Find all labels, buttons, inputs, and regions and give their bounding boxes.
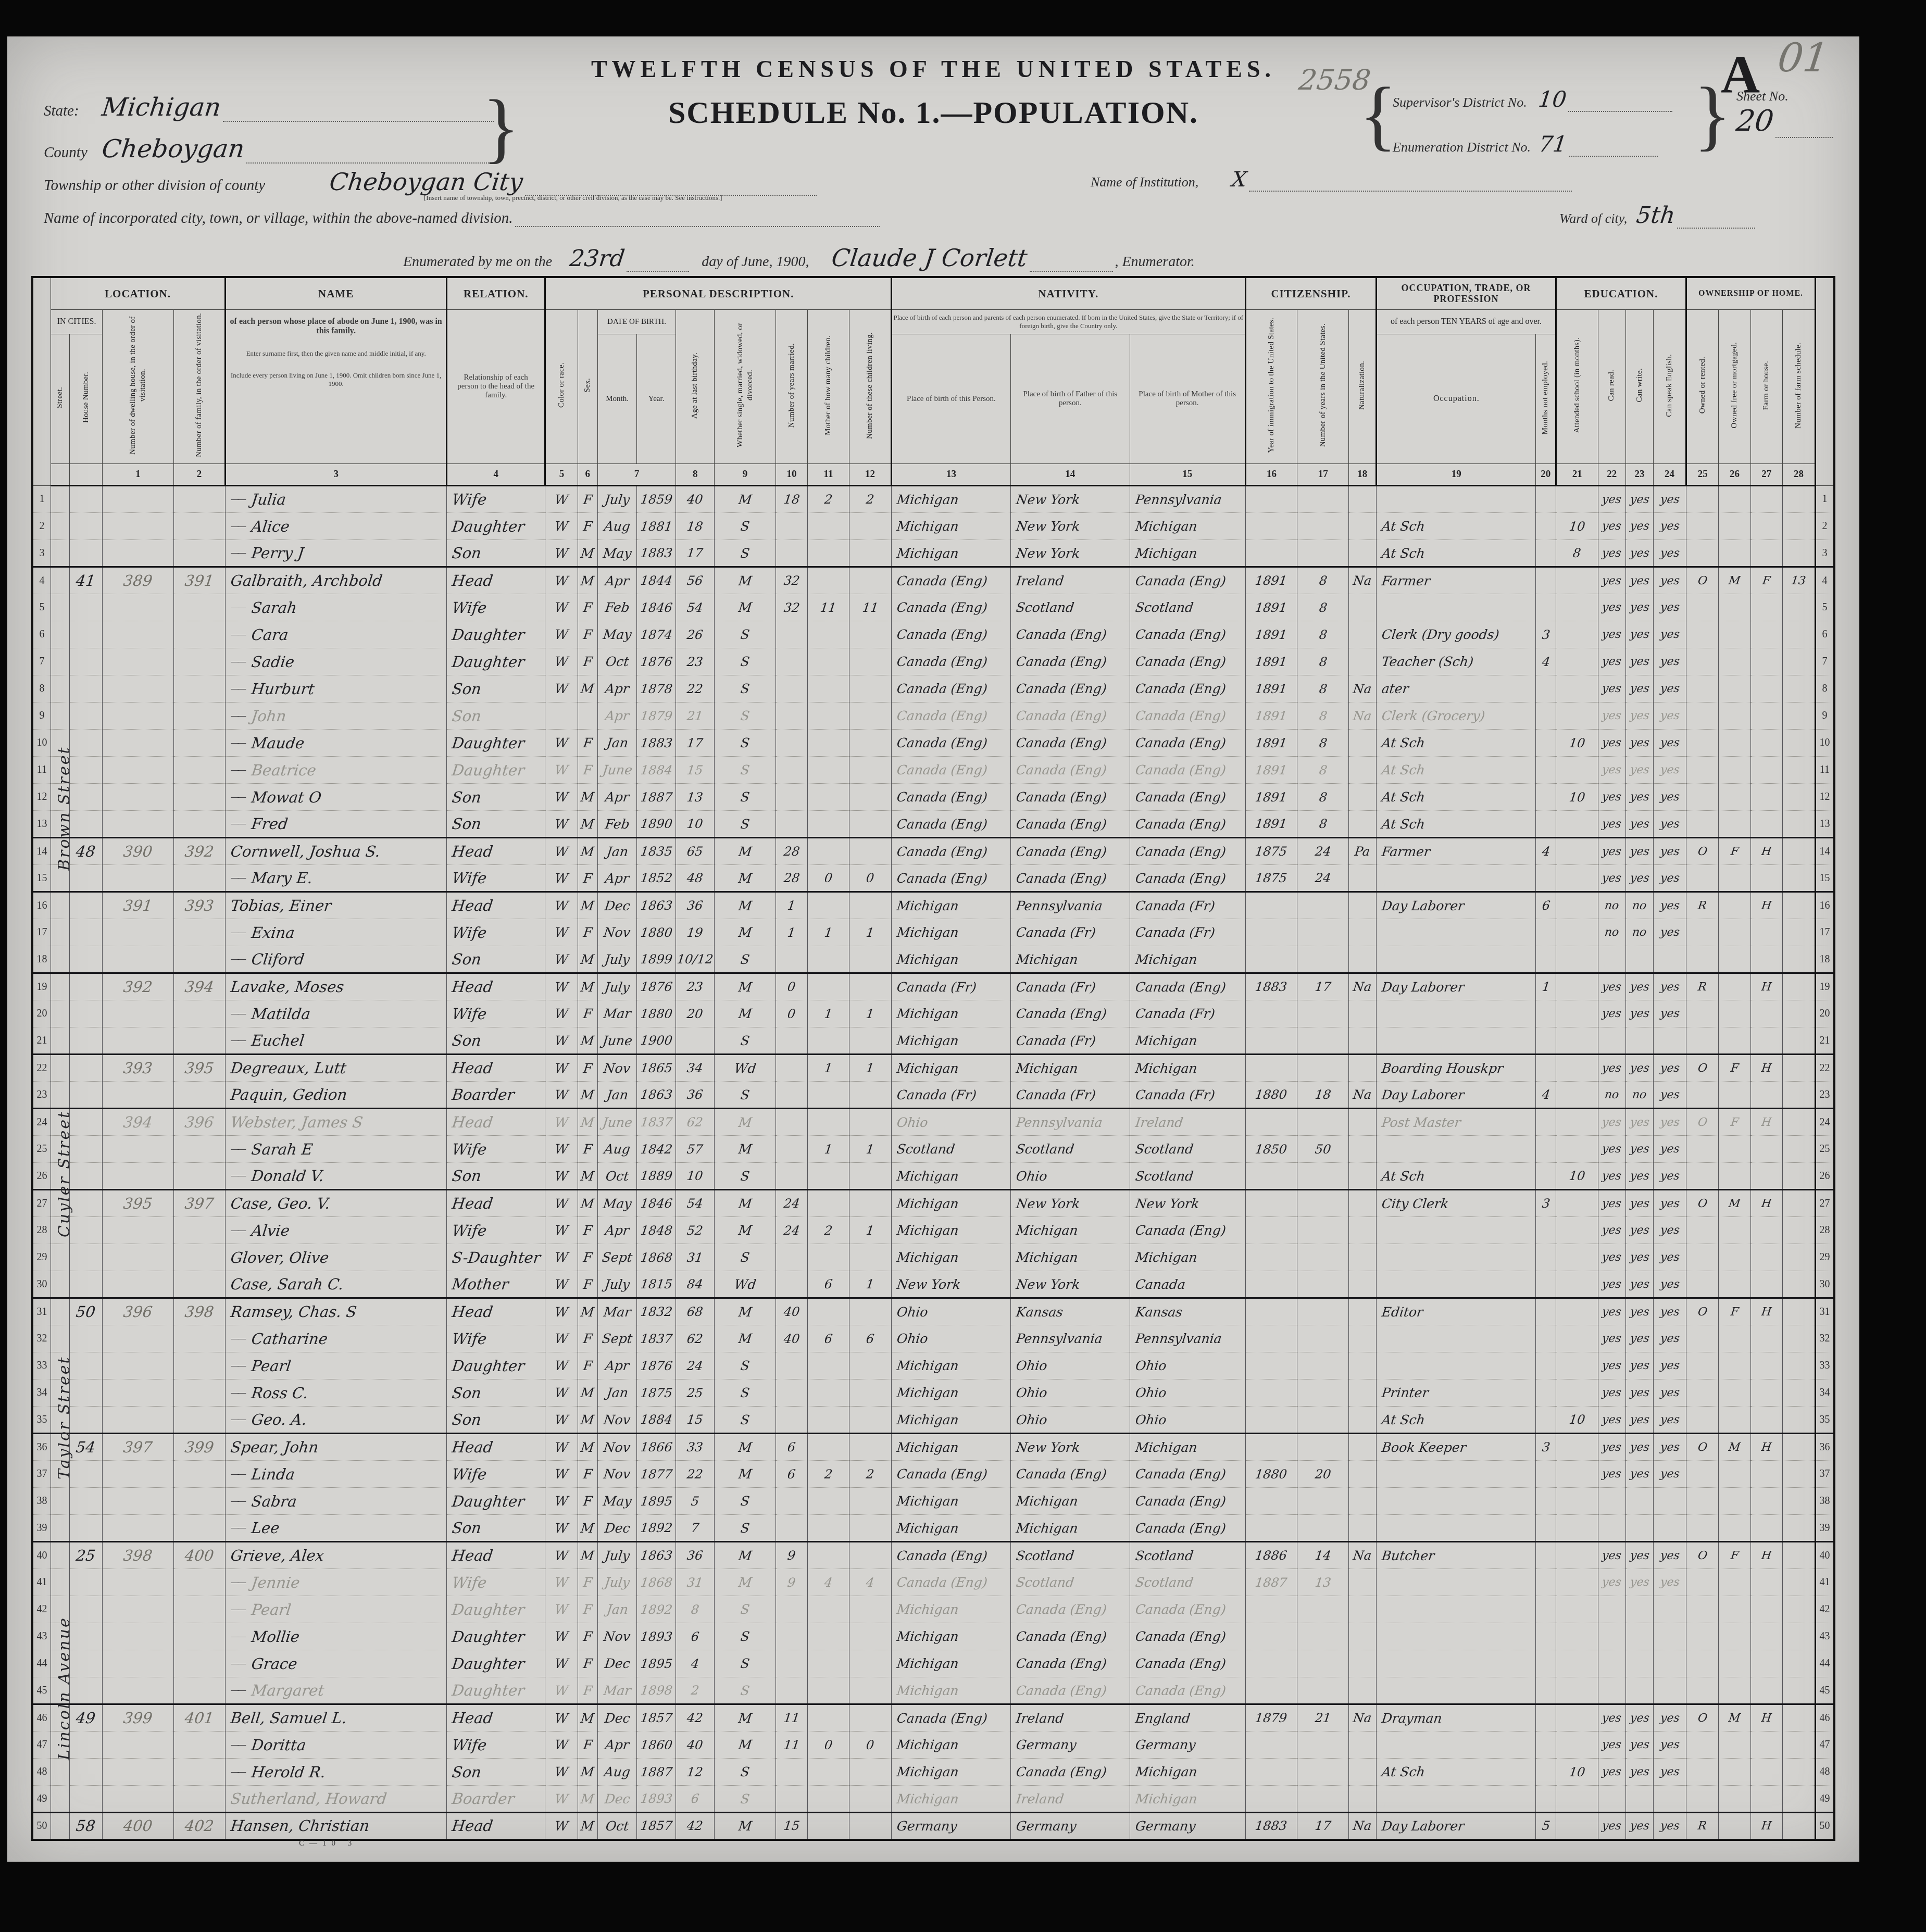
cell-pf: Pennsylvania xyxy=(1010,1325,1130,1352)
cell-value: yes xyxy=(1659,709,1680,722)
cell-value: 1883 xyxy=(1255,1818,1289,1833)
cell-value: Canada (Eng) xyxy=(896,627,988,642)
cell-value: M xyxy=(580,1115,595,1130)
cell-value: yes xyxy=(1629,682,1650,695)
cell-pf: Canada (Eng) xyxy=(1010,784,1130,811)
line-number: 16 xyxy=(1816,892,1835,919)
cell-im: 1875 xyxy=(1245,865,1297,892)
cell-value: yes xyxy=(1602,1224,1622,1237)
cell-value: M xyxy=(737,1304,753,1320)
cell-value: May xyxy=(602,1196,632,1211)
cell-value: 13 xyxy=(1314,1575,1332,1590)
cell-age: 17 xyxy=(676,730,715,757)
cell-mo: Jan xyxy=(597,1379,636,1407)
cell-dw xyxy=(103,1461,173,1488)
cell-age: 6 xyxy=(676,1623,715,1650)
cell-value: yes xyxy=(1602,1413,1622,1426)
cell-rd xyxy=(1598,1623,1625,1650)
cell-value: O xyxy=(1697,1441,1708,1454)
cell-fam xyxy=(173,1732,226,1759)
cell-value: New York xyxy=(1015,492,1081,507)
line-number: 3 xyxy=(32,540,51,567)
cell-wr: yes xyxy=(1625,757,1653,784)
cell-mo: Apr xyxy=(597,1217,636,1244)
cell-value: O xyxy=(1697,845,1708,858)
col-number: 14 xyxy=(1010,464,1130,486)
cell-value: Mar xyxy=(603,1683,632,1698)
person-row: 44——GraceDaughterWFDec18954SMichiganCana… xyxy=(32,1650,1834,1677)
cell-ow xyxy=(1686,865,1719,892)
cell-yu: 14 xyxy=(1297,1542,1349,1569)
cell-value: yes xyxy=(1659,1413,1680,1426)
col-age: Age at last birthday. xyxy=(676,310,715,464)
cell-en: yes xyxy=(1654,675,1686,702)
cell-sc: 10 xyxy=(1556,1759,1598,1786)
cell-value: Case, Sarah C. xyxy=(230,1275,345,1293)
cell-m: S xyxy=(715,1515,776,1542)
cell-mo: Apr xyxy=(597,865,636,892)
cell-fam xyxy=(173,1325,226,1352)
group-education: EDUCATION. xyxy=(1556,277,1686,310)
cell-mn xyxy=(1536,1244,1556,1271)
cell-m: M xyxy=(715,1190,776,1217)
cell-en: yes xyxy=(1654,1000,1686,1027)
cell-value: Michigan xyxy=(896,1061,959,1076)
cell-age: 5 xyxy=(676,1488,715,1515)
cell-value: Canada (Eng) xyxy=(1134,844,1227,859)
col-street-label: Street. xyxy=(55,387,65,408)
cell-value: June xyxy=(602,1033,633,1048)
cell-mn xyxy=(1536,1407,1556,1434)
cell-fam xyxy=(173,1244,226,1271)
cell-yu: 13 xyxy=(1297,1569,1349,1596)
cell-mc xyxy=(808,1623,849,1650)
cell-fh xyxy=(1750,621,1782,648)
cell-s: F xyxy=(578,919,597,946)
ditto-dash: —— xyxy=(231,684,244,694)
incorporated-line: Name of incorporated city, town, or vill… xyxy=(44,208,880,227)
cell-value: 1891 xyxy=(1255,628,1289,642)
person-row: 43——MollieDaughterWFNov18936SMichiganCan… xyxy=(32,1623,1834,1650)
cell-pb: Michigan xyxy=(892,1515,1011,1542)
cell-value: W xyxy=(554,952,569,967)
cell-fm: F xyxy=(1719,1542,1750,1569)
cell-value: Canada (Eng) xyxy=(1134,708,1227,723)
cell-pm: Canada (Eng) xyxy=(1130,702,1245,730)
cell-value: R xyxy=(1697,1820,1708,1833)
cell-dw: 400 xyxy=(103,1813,173,1840)
cell-value: W xyxy=(554,1115,569,1130)
cell-value: M xyxy=(737,600,753,615)
cell-name: Paquin, Gedion xyxy=(226,1082,447,1109)
cell-value: 1891 xyxy=(1255,817,1289,831)
cell-value: W xyxy=(554,871,569,886)
cell-value: Daughter xyxy=(451,626,526,644)
cell-yr: 1892 xyxy=(637,1596,676,1623)
cell-pm: Canada (Fr) xyxy=(1130,919,1245,946)
cell-mo: Dec xyxy=(597,892,636,919)
cell-m: S xyxy=(715,648,776,675)
cell-value: Head xyxy=(451,1113,494,1131)
cell-value: Dec xyxy=(604,1791,631,1806)
cell-value: 48 xyxy=(75,843,96,860)
col-naturalization-label: Naturalization. xyxy=(1357,361,1367,410)
cell-ow: O xyxy=(1686,838,1719,865)
cell-fs xyxy=(1782,892,1815,919)
cell-m: S xyxy=(715,784,776,811)
cell-value: 10 xyxy=(1568,1169,1586,1183)
cell-fam xyxy=(173,784,226,811)
cell-rel: Son xyxy=(447,1027,545,1055)
line-number: 22 xyxy=(1816,1055,1835,1082)
street-name: Lincoln Avenue xyxy=(52,1539,76,1837)
cell-value: F xyxy=(1730,1116,1739,1129)
cell-pf: Canada (Eng) xyxy=(1010,1000,1130,1027)
cell-value: F xyxy=(582,1656,593,1671)
cell-pb: Michigan xyxy=(892,1217,1011,1244)
cell-name: Grieve, Alex xyxy=(226,1542,447,1569)
cell-value: Michigan xyxy=(1134,1061,1198,1076)
cell-value: 1 xyxy=(866,1007,876,1021)
cell-value: M xyxy=(580,1548,595,1563)
cell-fam xyxy=(173,1569,226,1596)
cell-fh: H xyxy=(1750,1109,1782,1136)
cell-value: Apr xyxy=(604,1737,630,1752)
cell-fh xyxy=(1750,675,1782,702)
cell-yu xyxy=(1297,1759,1349,1786)
cell-m: S xyxy=(715,675,776,702)
cell-value: Na xyxy=(1353,980,1373,994)
cell-oc: Farmer xyxy=(1377,567,1536,594)
cell-value: M xyxy=(737,1141,753,1157)
cell-sc xyxy=(1556,892,1598,919)
cell-value: Clerk (Dry goods) xyxy=(1381,627,1500,642)
cell-rd xyxy=(1598,1515,1625,1542)
cell-fm xyxy=(1719,1271,1750,1298)
cell-en xyxy=(1654,1027,1686,1055)
cell-pm: England xyxy=(1130,1704,1245,1732)
cell-value: yes xyxy=(1659,1467,1680,1481)
cell-value: O xyxy=(1697,574,1708,587)
cell-fs xyxy=(1782,1596,1815,1623)
cell-en: yes xyxy=(1654,892,1686,919)
person-row: 45——MargaretDaughterWFMar18982SMichiganC… xyxy=(32,1677,1834,1704)
line-number: 50 xyxy=(32,1813,51,1840)
cell-mn xyxy=(1536,946,1556,973)
cell-yu xyxy=(1297,1352,1349,1379)
cell-mc xyxy=(808,1786,849,1813)
cell-pf: Ireland xyxy=(1010,1786,1130,1813)
ditto-dash: —— xyxy=(231,1470,244,1479)
cell-value: Canada (Eng) xyxy=(896,600,988,615)
cell-m: Wd xyxy=(715,1055,776,1082)
line-number: 31 xyxy=(1816,1298,1835,1325)
cell-m: S xyxy=(715,1379,776,1407)
cell-mc xyxy=(808,1298,849,1325)
rule xyxy=(1030,253,1113,272)
cell-value: Canada (Eng) xyxy=(1134,762,1227,777)
cell-wr: no xyxy=(1625,1082,1653,1109)
cell-value: Tobias, Einer xyxy=(230,897,332,914)
cell-name: ——Julia xyxy=(226,486,447,513)
cell-value: yes xyxy=(1629,709,1650,722)
cell-wr: yes xyxy=(1625,838,1653,865)
cell-value: Canada (Eng) xyxy=(1015,871,1107,886)
cell-value: May xyxy=(602,1494,632,1509)
cell-pb: Canada (Eng) xyxy=(892,702,1011,730)
col-children-living: Number of these children living. xyxy=(849,310,892,464)
cell-yr: 1848 xyxy=(637,1217,676,1244)
cell-value: 1884 xyxy=(640,763,673,777)
cell-pb: Michigan xyxy=(892,1190,1011,1217)
cell-pf: Canada (Eng) xyxy=(1010,730,1130,757)
cell-value: New York xyxy=(1015,519,1081,534)
cell-value: yes xyxy=(1629,1549,1650,1562)
group-personal: PERSONAL DESCRIPTION. xyxy=(545,277,892,310)
cell-en xyxy=(1654,946,1686,973)
ditto-dash: —— xyxy=(231,603,244,612)
cell-ym xyxy=(776,1352,807,1379)
cell-value: 1832 xyxy=(640,1304,673,1319)
cell-value: Wife xyxy=(451,1222,488,1239)
line-number: 6 xyxy=(32,621,51,648)
cell-yr: 1837 xyxy=(637,1325,676,1352)
cell-c: W xyxy=(545,513,578,540)
cell-ym xyxy=(776,1136,807,1163)
cell-rel: Daughter xyxy=(447,648,545,675)
nativity-note-text: Place of birth of each person and parent… xyxy=(893,313,1244,330)
cell-rel: Daughter xyxy=(447,621,545,648)
person-row: 29Glover, OliveS-DaughterWFSept186831SMi… xyxy=(32,1244,1834,1271)
cell-value: Michigan xyxy=(1134,1033,1198,1048)
cell-age: 57 xyxy=(676,1136,715,1163)
cell-value: 17 xyxy=(686,546,704,560)
cell-dw xyxy=(103,1488,173,1515)
cell-value: M xyxy=(737,925,753,940)
col-marital-label: Whether single, married, widowed, or div… xyxy=(735,312,755,459)
cell-name: Bell, Samuel L. xyxy=(226,1704,447,1732)
cell-en: yes xyxy=(1654,486,1686,513)
cell-value: 8 xyxy=(690,1602,700,1617)
cell-ym: 11 xyxy=(776,1704,807,1732)
cell-yu: 8 xyxy=(1297,648,1349,675)
line-number: 11 xyxy=(1816,757,1835,784)
cell-wr: yes xyxy=(1625,1136,1653,1163)
cell-fam xyxy=(173,757,226,784)
cell-pm: Michigan xyxy=(1130,1027,1245,1055)
cell-value: Son xyxy=(451,950,482,968)
cell-value: Nov xyxy=(603,1466,632,1482)
cell-pm: Michigan xyxy=(1130,540,1245,567)
cell-value: yes xyxy=(1629,736,1650,749)
cell-pb: Ohio xyxy=(892,1298,1011,1325)
cell-value: Michigan xyxy=(896,1196,959,1211)
line-number: 13 xyxy=(1816,811,1835,838)
cell-fam xyxy=(173,1163,226,1190)
cell-mn xyxy=(1536,1488,1556,1515)
cell-value: 17 xyxy=(1314,980,1332,994)
cell-value: Wife xyxy=(451,1005,488,1023)
cell-age: 33 xyxy=(676,1434,715,1461)
col-number: 15 xyxy=(1130,464,1245,486)
person-row: 4649399401Bell, Samuel L.HeadWMDec185742… xyxy=(32,1704,1834,1732)
col-own-rent: Owned or rented. xyxy=(1686,310,1719,464)
col-sex-label: Sex. xyxy=(583,378,593,392)
cell-value: Ohio xyxy=(1015,1412,1048,1427)
line-number: 33 xyxy=(32,1352,51,1379)
cell-value: 1875 xyxy=(1255,844,1289,859)
cell-sc xyxy=(1556,1027,1598,1055)
cell-value: W xyxy=(554,1006,569,1021)
cell-fs xyxy=(1782,1813,1815,1840)
cell-dw xyxy=(103,513,173,540)
cell-value: Dec xyxy=(604,1711,631,1726)
cell-value: Michigan xyxy=(896,1791,959,1806)
cell-value: Sarah E xyxy=(251,1140,314,1158)
rule xyxy=(515,208,880,227)
cell-rd: yes xyxy=(1598,1217,1625,1244)
cell-fam: 396 xyxy=(173,1109,226,1136)
cell-rel: Daughter xyxy=(447,1623,545,1650)
cell-value: yes xyxy=(1629,1278,1650,1291)
cell-dw: 399 xyxy=(103,1704,173,1732)
cell-rel: Wife xyxy=(447,1461,545,1488)
cell-yu xyxy=(1297,1677,1349,1704)
cell-value: 0 xyxy=(787,980,797,994)
cell-rd: yes xyxy=(1598,1813,1625,1840)
cell-mo: June xyxy=(597,757,636,784)
cell-yr: 1880 xyxy=(637,1000,676,1027)
person-row: 1——JuliaWifeWFJuly185940M1822MichiganNew… xyxy=(32,486,1834,513)
cell-dw xyxy=(103,730,173,757)
cell-im: 1891 xyxy=(1245,621,1297,648)
cell-value: Wife xyxy=(451,1330,488,1348)
cell-m: M xyxy=(715,486,776,513)
cell-age: 13 xyxy=(676,784,715,811)
cell-yu: 8 xyxy=(1297,567,1349,594)
cell-value: Ramsey, Chas. S xyxy=(230,1303,358,1321)
cell-fm xyxy=(1719,1082,1750,1109)
cell-pm: Canada (Eng) xyxy=(1130,730,1245,757)
cell-m: S xyxy=(715,1786,776,1813)
cell-value: Lavake, Moses xyxy=(230,978,345,996)
cell-en: yes xyxy=(1654,1082,1686,1109)
line-number: 34 xyxy=(1816,1379,1835,1407)
cell-fm: M xyxy=(1719,1434,1750,1461)
cell-value: 11 xyxy=(820,600,837,615)
col-own-rent-label: Owned or rented. xyxy=(1698,357,1708,413)
cell-m: M xyxy=(715,594,776,621)
cell-value: M xyxy=(737,1737,753,1752)
cell-na xyxy=(1349,730,1377,757)
cell-age: 68 xyxy=(676,1298,715,1325)
cell-value: 1891 xyxy=(1255,790,1289,805)
table-body: 1——JuliaWifeWFJuly185940M1822MichiganNew… xyxy=(32,486,1834,1840)
cell-value: Jennie xyxy=(251,1574,301,1591)
cell-yr: 1842 xyxy=(637,1136,676,1163)
cell-value: yes xyxy=(1602,872,1622,885)
cell-ow xyxy=(1686,1569,1719,1596)
cell-value: yes xyxy=(1629,1332,1650,1345)
cell-ow xyxy=(1686,946,1719,973)
cell-value: 1893 xyxy=(640,1629,673,1644)
cell-na xyxy=(1349,1352,1377,1379)
cell-age: 65 xyxy=(676,838,715,865)
cell-fm xyxy=(1719,513,1750,540)
cell-m: M xyxy=(715,1542,776,1569)
cell-value: 19 xyxy=(686,925,704,940)
cell-mo: Aug xyxy=(597,1759,636,1786)
cell-m: S xyxy=(715,1596,776,1623)
cell-pm: Canada (Eng) xyxy=(1130,1623,1245,1650)
cell-age: 48 xyxy=(676,865,715,892)
cell-value: Canada (Eng) xyxy=(896,1711,988,1726)
cell-value: W xyxy=(554,1602,569,1617)
cell-value: F xyxy=(582,519,593,534)
cell-pm: Canada (Eng) xyxy=(1130,648,1245,675)
cell-value: Book Keeper xyxy=(1381,1440,1467,1455)
cell-value: W xyxy=(554,600,569,615)
line-number: 20 xyxy=(32,1000,51,1027)
cell-fam: 401 xyxy=(173,1704,226,1732)
cell-yu: 8 xyxy=(1297,594,1349,621)
cell-m: S xyxy=(715,1244,776,1271)
col-occupation: Occupation. xyxy=(1377,334,1536,464)
cell-pb: Canada (Fr) xyxy=(892,973,1011,1000)
cell-oc xyxy=(1377,1515,1536,1542)
cell-wr: yes xyxy=(1625,1434,1653,1461)
cell-dw xyxy=(103,1677,173,1704)
col-name-title: NAME xyxy=(226,277,447,310)
cell-c: W xyxy=(545,567,578,594)
cell-value: yes xyxy=(1629,1359,1650,1372)
cell-value: Son xyxy=(451,1384,482,1402)
cell-yu xyxy=(1297,1379,1349,1407)
cell-fm: F xyxy=(1719,1109,1750,1136)
cell-pf: New York xyxy=(1010,540,1130,567)
cell-en: yes xyxy=(1654,1136,1686,1163)
cell-oc xyxy=(1377,1596,1536,1623)
cell-fh xyxy=(1750,1352,1782,1379)
cell-mo: Nov xyxy=(597,1407,636,1434)
cell-fam xyxy=(173,1027,226,1055)
line-number: 37 xyxy=(1816,1461,1835,1488)
cell-c: W xyxy=(545,1704,578,1732)
cell-pm: New York xyxy=(1130,1190,1245,1217)
cell-en: yes xyxy=(1654,567,1686,594)
cell-value: 1846 xyxy=(640,600,673,615)
cell-age: 54 xyxy=(676,594,715,621)
cell-mo: July xyxy=(597,1271,636,1298)
cell-fam xyxy=(173,1407,226,1434)
cell-value: 25 xyxy=(686,1386,704,1400)
cell-value: 12 xyxy=(686,1765,704,1779)
cell-value: yes xyxy=(1659,1712,1680,1725)
cell-c: W xyxy=(545,1244,578,1271)
cell-value: M xyxy=(1728,574,1742,587)
cell-value: W xyxy=(554,1358,569,1373)
cell-dw: 394 xyxy=(103,1109,173,1136)
cell-rd: yes xyxy=(1598,730,1625,757)
cell-ym xyxy=(776,675,807,702)
cell-ow xyxy=(1686,1271,1719,1298)
cell-value: 0 xyxy=(787,1007,797,1021)
cell-fm xyxy=(1719,1677,1750,1704)
cell-value: Michigan xyxy=(896,1440,959,1455)
cell-value: M xyxy=(737,1196,753,1211)
cell-pf: Scotland xyxy=(1010,1542,1130,1569)
cell-value: 13 xyxy=(1791,574,1807,587)
